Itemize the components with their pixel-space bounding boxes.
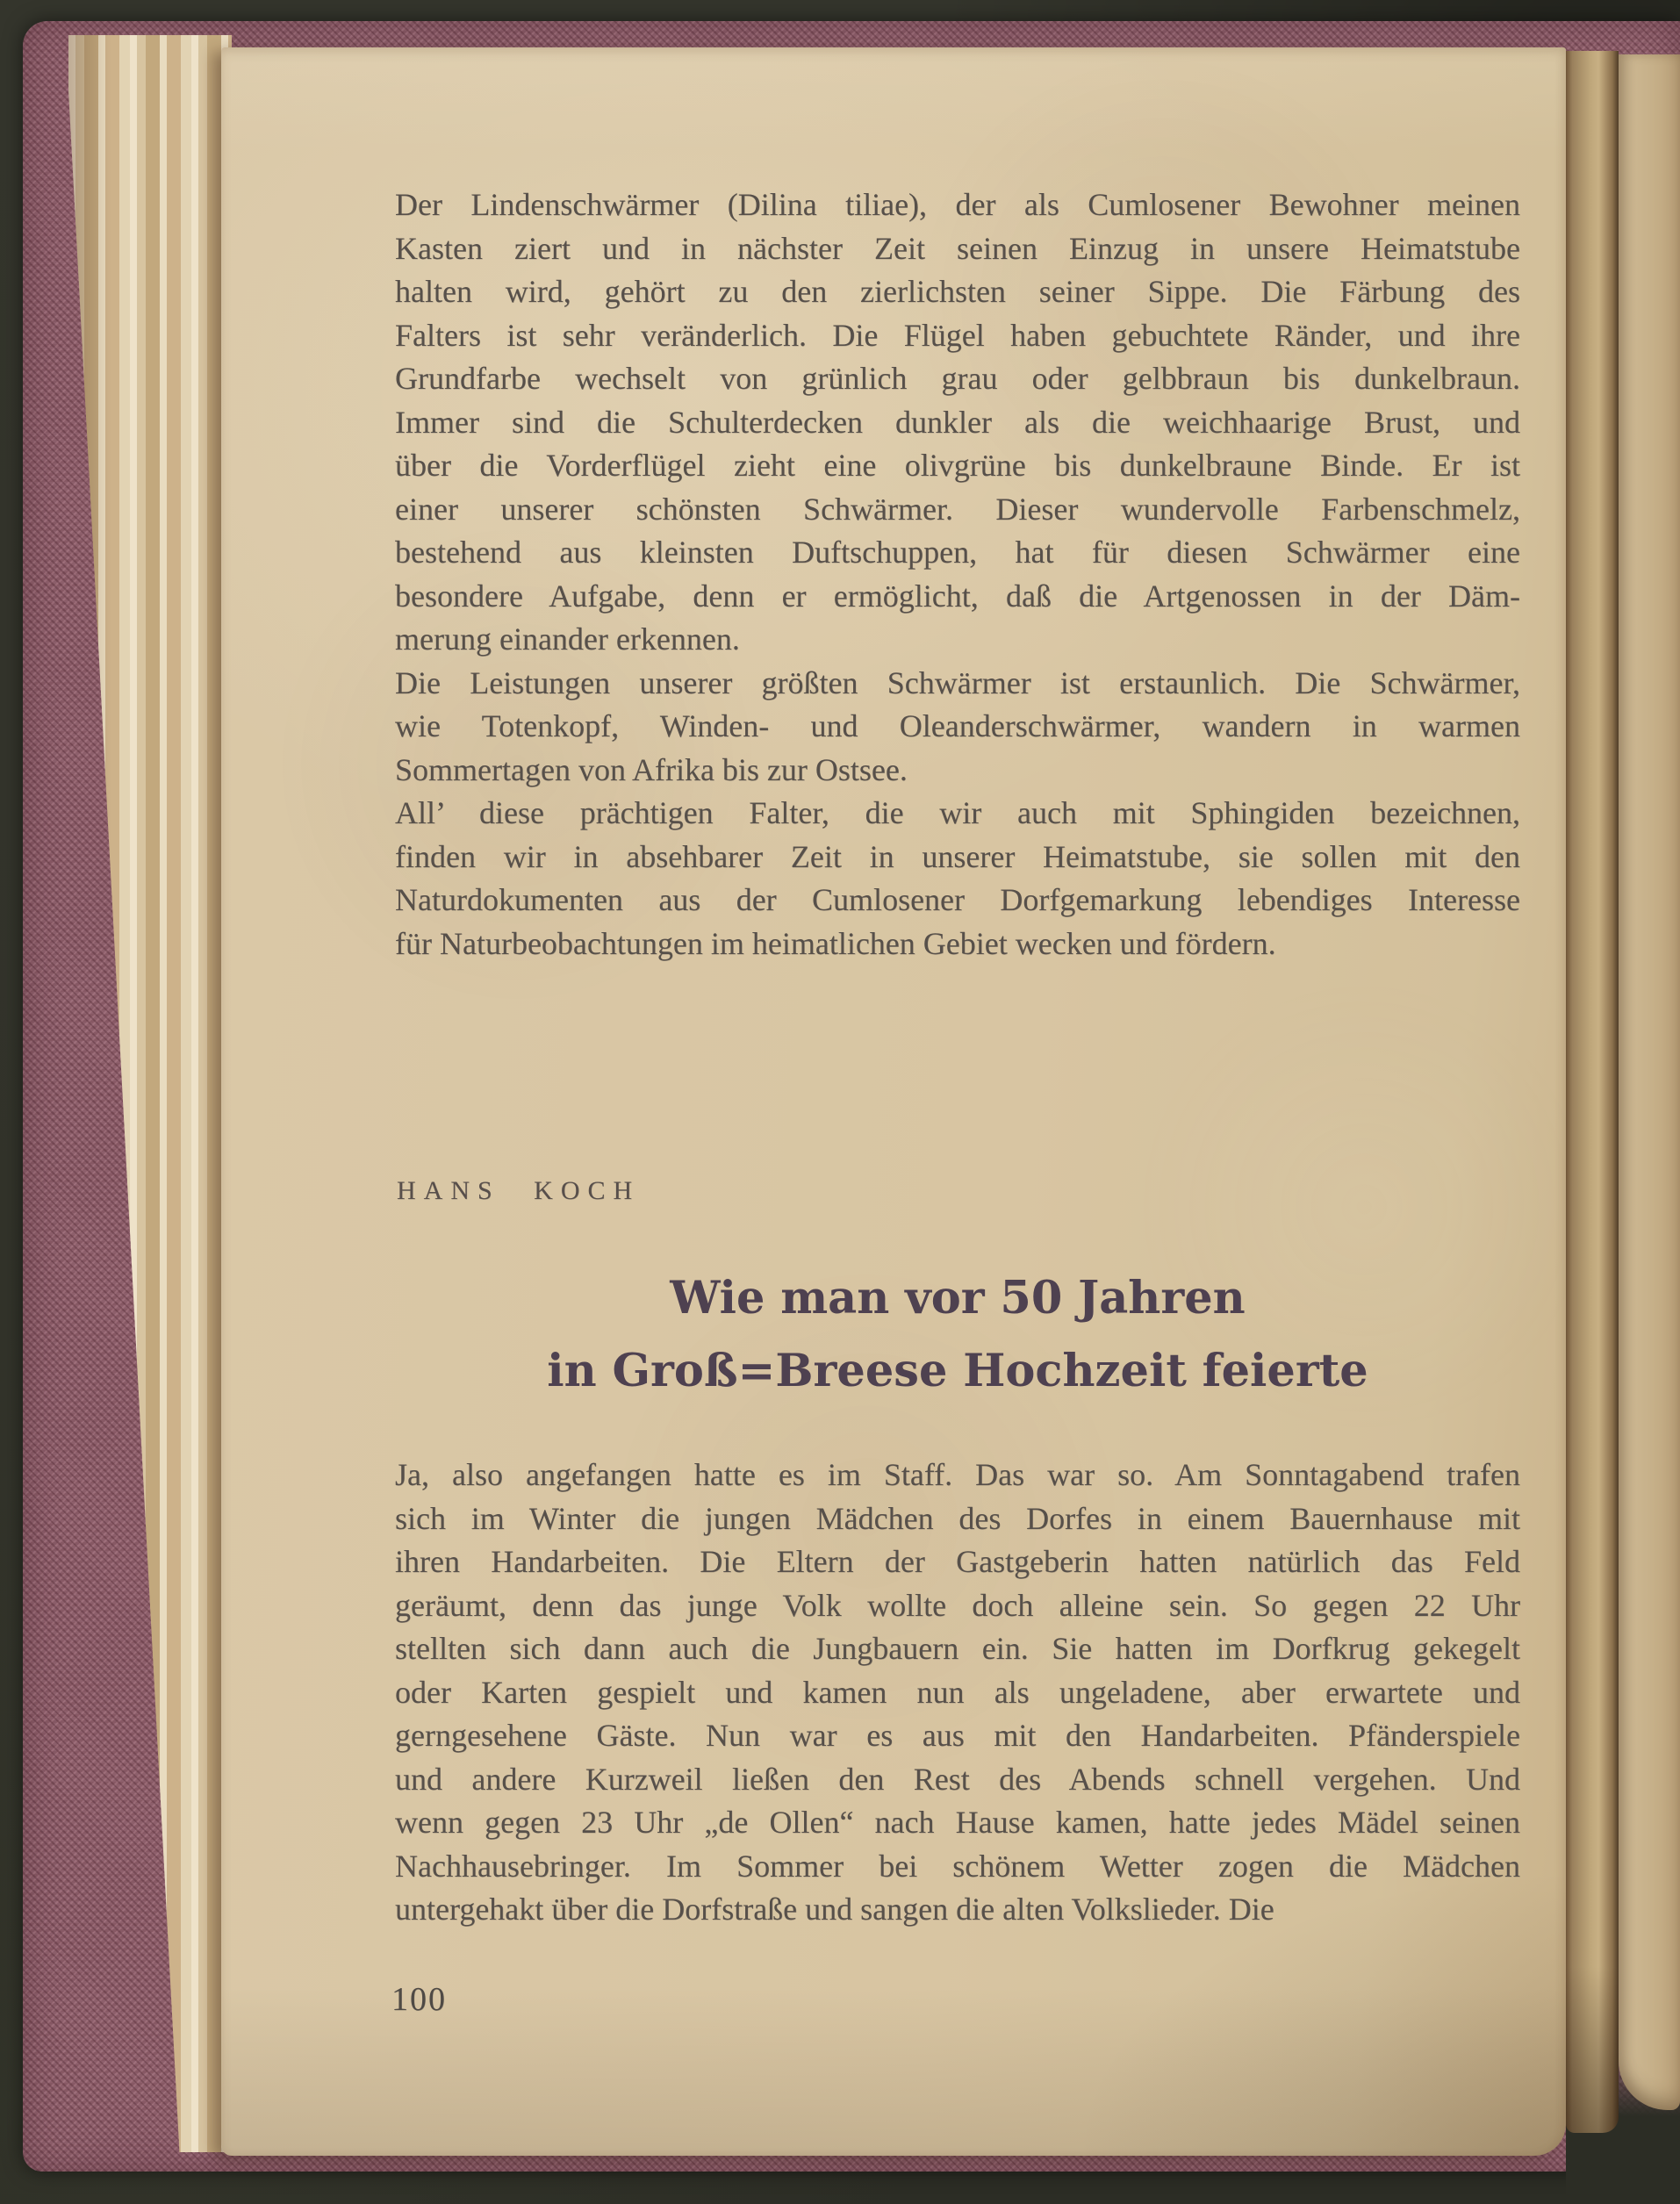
text-line: Sommertagen von Afrika bis zur Ostsee. <box>395 749 1520 793</box>
article-title: Wie man vor 50 Jahren in Groß=Breese Hoc… <box>395 1273 1520 1396</box>
text-line: sich im Winter die jungen Mädchen des Do… <box>395 1497 1520 1541</box>
text-line: finden wir in absehbarer Zeit in unserer… <box>395 836 1520 879</box>
article-title-line2: in Groß=Breese Hochzeit feierte <box>395 1346 1520 1396</box>
text-line: ihren Handarbeiten. Die Eltern der Gastg… <box>395 1540 1520 1584</box>
text-line: Nachhausebringer. Im Sommer bei schönem … <box>395 1845 1520 1889</box>
body-article-text: Ja, also angefangen hatte es im Staff. D… <box>395 1454 1520 1932</box>
text-line: gerngesehene Gäste. Nun war es aus mit d… <box>395 1714 1520 1758</box>
text-line: stellten sich dann auch die Jungbauern e… <box>395 1627 1520 1671</box>
article-title-line1: Wie man vor 50 Jahren <box>395 1273 1520 1324</box>
text-line: einer unserer schönsten Schwärmer. Diese… <box>395 488 1520 532</box>
top-article-text: Der Lindenschwärmer (Dilina tiliae), der… <box>395 183 1520 966</box>
text-line: wenn gegen 23 Uhr „de Ollen“ nach Hause … <box>395 1801 1520 1845</box>
text-line: Die Leistungen unserer größten Schwärmer… <box>395 662 1520 706</box>
gutter-page-curve <box>1566 51 1619 2133</box>
book-scan: Der Lindenschwärmer (Dilina tiliae), der… <box>0 0 1680 2204</box>
text-line: für Naturbeobachtungen im heimatlichen G… <box>395 923 1520 966</box>
text-line: Ja, also angefangen hatte es im Staff. D… <box>395 1454 1520 1497</box>
text-line: Naturdokumenten aus der Cumlosener Dorfg… <box>395 879 1520 923</box>
text-line: und andere Kurzweil ließen den Rest des … <box>395 1758 1520 1802</box>
text-line: Falters ist sehr veränderlich. Die Flüge… <box>395 314 1520 358</box>
text-line: Kasten ziert und in nächster Zeit seinen… <box>395 227 1520 271</box>
text-line: Grundfarbe wechselt von grünlich grau od… <box>395 357 1520 401</box>
text-line: geräumt, denn das junge Volk wollte doch… <box>395 1584 1520 1628</box>
text-line: All’ diese prächtigen Falter, die wir au… <box>395 792 1520 836</box>
text-line: Immer sind die Schulterdecken dunkler al… <box>395 401 1520 445</box>
text-line: untergehakt über die Dorfstraße und sang… <box>395 1888 1520 1932</box>
text-line: Der Lindenschwärmer (Dilina tiliae), der… <box>395 183 1520 227</box>
text-line: halten wird, gehört zu den zierlichsten … <box>395 270 1520 314</box>
text-line: wie Totenkopf, Winden- und Oleanderschwä… <box>395 705 1520 749</box>
text-line: besondere Aufgabe, denn er ermöglicht, d… <box>395 575 1520 619</box>
next-page-edge <box>1619 54 1680 2110</box>
text-line: bestehend aus kleinsten Duftschuppen, ha… <box>395 531 1520 575</box>
page-number: 100 <box>391 1980 447 2019</box>
author-heading: HANS KOCH <box>397 1176 640 1206</box>
text-line: oder Karten gespielt und kamen nun als u… <box>395 1671 1520 1715</box>
text-line: merung einander erkennen. <box>395 618 1520 662</box>
text-line: über die Vorderflügel zieht eine olivgrü… <box>395 444 1520 488</box>
